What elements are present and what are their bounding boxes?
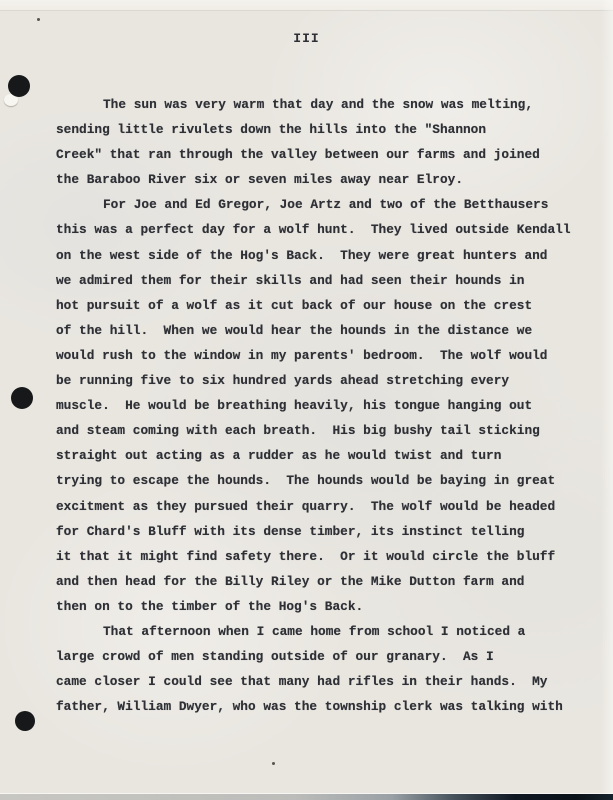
scanned-document-page: III The sun was very warm that day and t… <box>0 0 613 800</box>
paragraph-3-line-2: large crowd of men standing outside of o… <box>56 644 601 669</box>
paragraph-2-line-13: excitment as they pursued their quarry. … <box>56 494 601 519</box>
paragraph-1-line-2: sending little rivulets down the hills i… <box>56 117 601 142</box>
paragraph-2-line-5: hot pursuit of a wolf as it cut back of … <box>56 293 601 318</box>
paragraph-2-line-9: muscle. He would be breathing heavily, h… <box>56 393 601 418</box>
paragraph-1-line-1: The sun was very warm that day and the s… <box>56 92 601 117</box>
paragraph-2-line-3: on the west side of the Hog's Back. They… <box>56 243 601 268</box>
paragraph-2-line-11: straight out acting as a rudder as he wo… <box>56 443 601 468</box>
hole-punch-1 <box>8 75 30 97</box>
page-number-heading: III <box>0 31 613 46</box>
paragraph-2-line-14: for Chard's Bluff with its dense timber,… <box>56 519 601 544</box>
hole-punch-2 <box>11 387 33 409</box>
scan-top-edge <box>0 0 613 11</box>
paragraph-2-line-10: and steam coming with each breath. His b… <box>56 418 601 443</box>
paragraph-2-line-2: this was a perfect day for a wolf hunt. … <box>56 217 601 242</box>
paragraph-1-line-3: Creek" that ran through the valley betwe… <box>56 142 601 167</box>
paragraph-2-line-16: and then head for the Billy Riley or the… <box>56 569 601 594</box>
paragraph-3-line-4: father, William Dwyer, who was the towns… <box>56 694 601 719</box>
paragraph-2-line-6: of the hill. When we would hear the houn… <box>56 318 601 343</box>
paragraph-3-line-3: came closer I could see that many had ri… <box>56 669 601 694</box>
paragraph-2-line-8: be running five to six hundred yards ahe… <box>56 368 601 393</box>
paragraph-2-line-1: For Joe and Ed Gregor, Joe Artz and two … <box>56 192 601 217</box>
paragraph-1-line-4: the Baraboo River six or seven miles awa… <box>56 167 601 192</box>
paragraph-2-line-17: then on to the timber of the Hog's Back. <box>56 594 601 619</box>
paragraph-2-line-15: it that it might find safety there. Or i… <box>56 544 601 569</box>
scan-bottom-edge <box>0 794 613 800</box>
hole-punch-3 <box>15 711 35 731</box>
scan-right-edge <box>601 0 613 800</box>
paragraph-3-line-1: That afternoon when I came home from sch… <box>56 619 601 644</box>
paragraph-2-line-12: trying to escape the hounds. The hounds … <box>56 468 601 493</box>
paragraph-2-line-4: we admired them for their skills and had… <box>56 268 601 293</box>
paper-speck-1 <box>37 18 40 21</box>
paragraph-2-line-7: would rush to the window in my parents' … <box>56 343 601 368</box>
paper-speck-2 <box>272 762 275 765</box>
typewritten-text-body: The sun was very warm that day and the s… <box>56 92 601 719</box>
